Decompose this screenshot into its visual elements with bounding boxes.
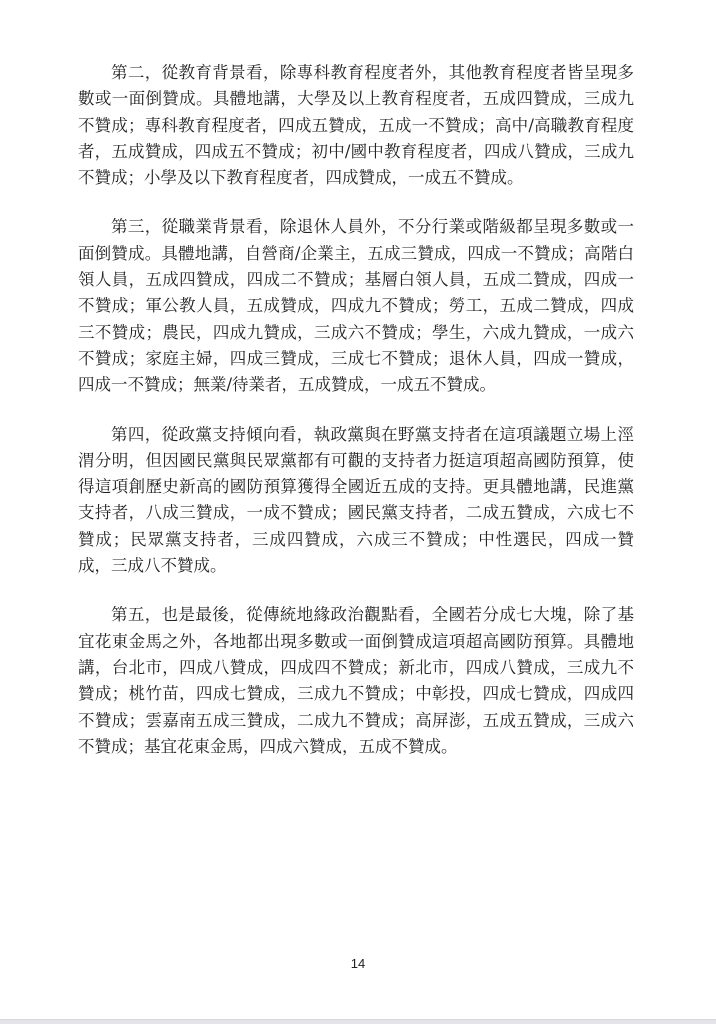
document-page: 第二，從教育背景看，除專科教育程度者外，其他教育程度者皆呈現多數或一面倒贊成。具… [0,0,716,1018]
document-body: 第二，從教育背景看，除專科教育程度者外，其他教育程度者皆呈現多數或一面倒贊成。具… [78,60,634,783]
paragraph-region: 第五，也是最後，從傳統地緣政治觀點看，全國若分成七大塊，除了基宜花東金馬之外，各… [78,602,634,760]
page-bottom-edge [0,1019,716,1024]
paragraph-education: 第二，從教育背景看，除專科教育程度者外，其他教育程度者皆呈現多數或一面倒贊成。具… [78,60,634,191]
paragraph-party-support: 第四，從政黨支持傾向看，執政黨與在野黨支持者在這項議題立場上涇渭分明，但因國民黨… [78,422,634,580]
page-number: 14 [0,956,716,971]
paragraph-occupation: 第三，從職業背景看，除退休人員外，不分行業或階級都呈現多數或一面倒贊成。具體地講… [78,214,634,398]
